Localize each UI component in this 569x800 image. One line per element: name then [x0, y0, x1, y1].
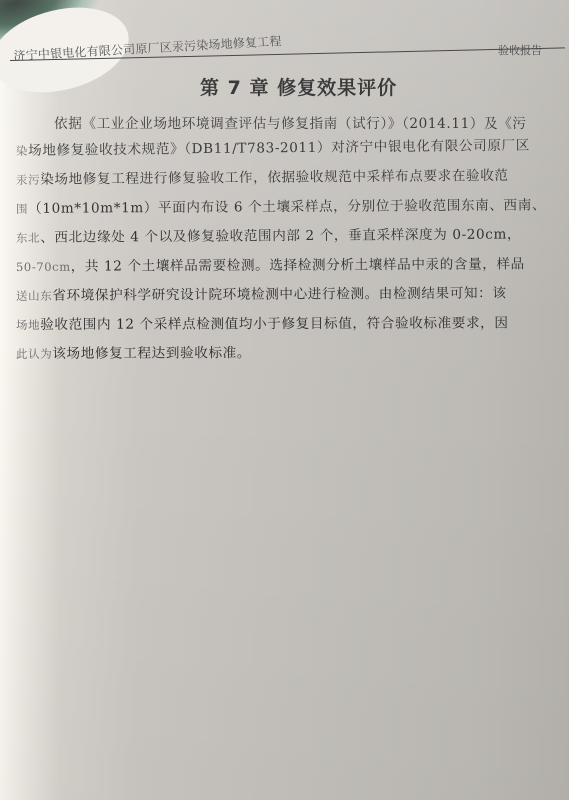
line-lead: 场地 [16, 318, 40, 332]
line-text: ，共 12 个土壤样品需要检测。选择检测分析土壤样品中汞的含量，样品 [71, 256, 525, 274]
header-report-label: 验收报告 [498, 42, 542, 58]
page-header: 济宁中银电化有限公司原厂区汞污染场地修复工程 验收报告 [0, 0, 569, 80]
line-lead: 东北 [16, 231, 40, 245]
line-lead: 此认为 [16, 347, 52, 361]
paragraph-line: 汞污染场地修复工程进行修复验收工作，依据验收规范中采样布点要求在验收范 [16, 170, 509, 188]
line-lead: 汞污 [16, 173, 40, 187]
line-text: 、西北边缘处 4 个以及修复验收范围内部 2 个，垂直采样深度为 0-20cm， [40, 226, 521, 245]
paragraph-line: 50-70cm，共 12 个土壤样品需要检测。选择检测分析土壤样品中汞的含量，样… [16, 258, 525, 274]
line-text: （10m*10m*1m）平面内布设 6 个土壤采样点，分别位于验收范围东南、西南… [28, 197, 546, 217]
paragraph-line: 送山东省环境保护科学研究设计院环境检测中心进行检测。由检测结果可知：该 [16, 287, 507, 303]
line-text: 依据《工业企业场地环境调查评估与修复指南（试行）》（2014.11）及《污 [54, 116, 527, 132]
paragraph-line: 东北、西北边缘处 4 个以及修复验收范围内部 2 个，垂直采样深度为 0-20c… [16, 228, 521, 245]
line-lead: 染 [16, 144, 28, 158]
line-text: 验收范围内 12 个采样点检测值均小于修复目标值，符合验收标准要求，因 [40, 315, 508, 333]
paragraph-line: 围（10m*10m*1m）平面内布设 6 个土壤采样点，分别位于验收范围东南、西… [16, 199, 546, 216]
line-lead: 围 [16, 202, 28, 216]
document-page: 济宁中银电化有限公司原厂区汞污染场地修复工程 验收报告 第 7 章 修复效果评价… [0, 0, 569, 800]
line-lead: 送山东 [16, 289, 52, 303]
paragraph-line: 此认为该场地修复工程达到验收标准。 [16, 347, 251, 361]
paragraph-line: 依据《工业企业场地环境调查评估与修复指南（试行）》（2014.11）及《污 [54, 118, 527, 132]
chapter-title: 第 7 章 修复效果评价 [200, 73, 397, 100]
line-text: 省环境保护科学研究设计院环境检测中心进行检测。由检测结果可知：该 [52, 285, 506, 303]
paragraph-line: 染场地修复验收技术规范》（DB11/T783-2011）对济宁中银电化有限公司原… [16, 140, 530, 159]
line-text: 染场地修复工程进行修复验收工作，依据验收规范中采样布点要求在验收范 [40, 168, 509, 188]
paragraph-line: 场地验收范围内 12 个采样点检测值均小于修复目标值，符合验收标准要求，因 [16, 317, 509, 332]
line-text: 该场地修复工程达到验收标准。 [52, 345, 251, 362]
line-text: 场地修复验收技术规范》（DB11/T783-2011）对济宁中银电化有限公司原厂… [28, 138, 530, 159]
line-lead: 50-70cm [16, 260, 71, 274]
